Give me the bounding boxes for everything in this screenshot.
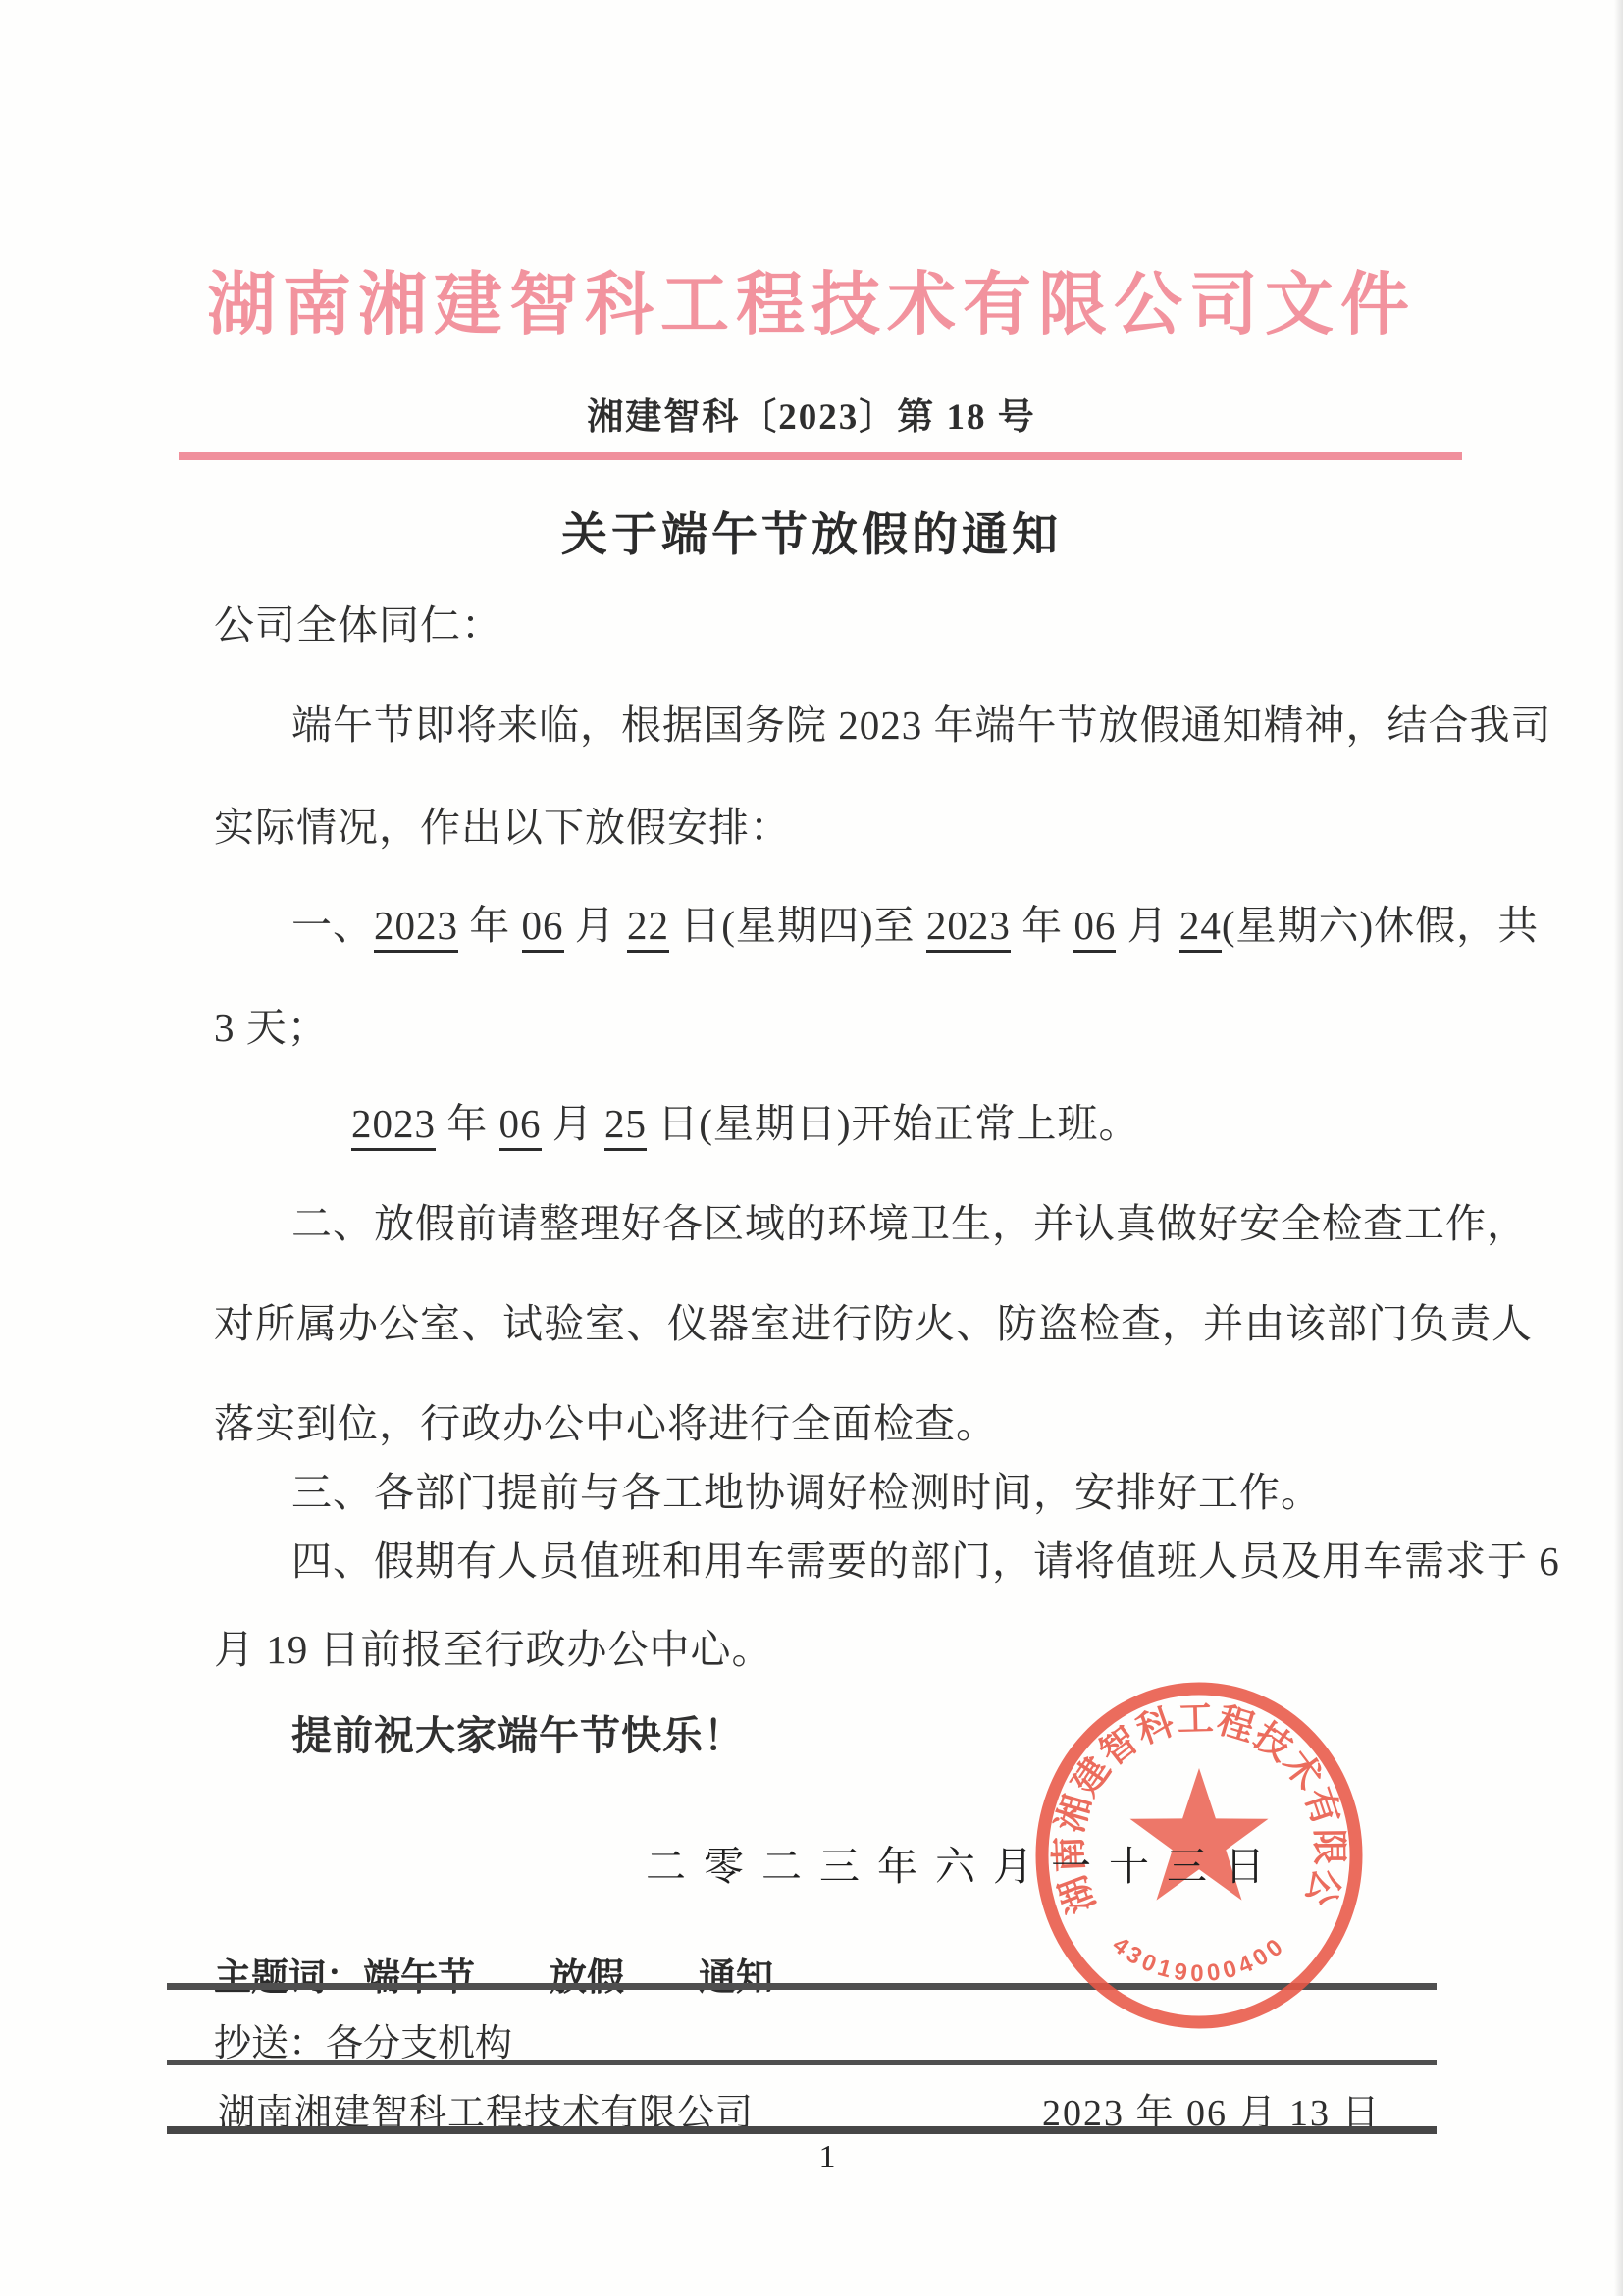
body-line: 端午节即将来临，根据国务院 2023 年端午节放假通知精神，结合我司 — [291, 701, 1552, 750]
body-line: 实际情况，作出以下放假安排： — [214, 803, 791, 852]
body-line: 对所属办公室、试验室、仪器室进行防火、防盗检查，并由该部门负责人 — [214, 1299, 1533, 1348]
footer-rule-2 — [167, 2060, 1437, 2065]
notice-title: 关于端午节放假的通知 — [0, 498, 1623, 564]
body-line: 提前祝大家端午节快乐！ — [291, 1711, 745, 1760]
body-line: 2023 年 06 月 25 日(星期日)开始正常上班。 — [351, 1099, 1140, 1148]
keywords-line: 主题词：端午节 放假 通知 — [214, 1947, 773, 2001]
cc-line: 抄送：各分支机构 — [214, 2012, 512, 2066]
document-page: 湖南湘建智科工程技术有限公司文件 湘建智科〔2023〕第 18 号 关于端午节放… — [0, 0, 1623, 2296]
page-number: 1 — [812, 2139, 842, 2176]
body-line: 四、假期有人员值班和用车需要的部门，请将值班人员及用车需求于 6 — [291, 1537, 1560, 1586]
body-line: 月 19 日前报至行政办公中心。 — [214, 1625, 773, 1674]
scan-edge-shadow — [1614, 0, 1623, 2296]
body-line: 三、各部门提前与各工地协调好检测时间，安排好工作。 — [291, 1468, 1322, 1517]
body-line: 公司全体同仁： — [214, 600, 502, 650]
body-line: 一、2023 年 06 月 22 日(星期四)至 2023 年 06 月 24(… — [291, 901, 1539, 950]
org-title: 湖南湘建智科工程技术有限公司文件 — [0, 249, 1623, 348]
doc-number: 湘建智科〔2023〕第 18 号 — [0, 387, 1623, 440]
body-line: 落实到位，行政办公中心将进行全面检查。 — [214, 1399, 997, 1448]
body-line: 3 天； — [214, 1003, 329, 1052]
footer-rule-3 — [167, 2126, 1437, 2134]
issue-date-overlay: 二零二三年六月一十三日 — [646, 1834, 1283, 1892]
red-header-rule — [179, 452, 1462, 460]
body-line: 二、放假前请整理好各区域的环境卫生，并认真做好安全检查工作， — [291, 1199, 1528, 1248]
